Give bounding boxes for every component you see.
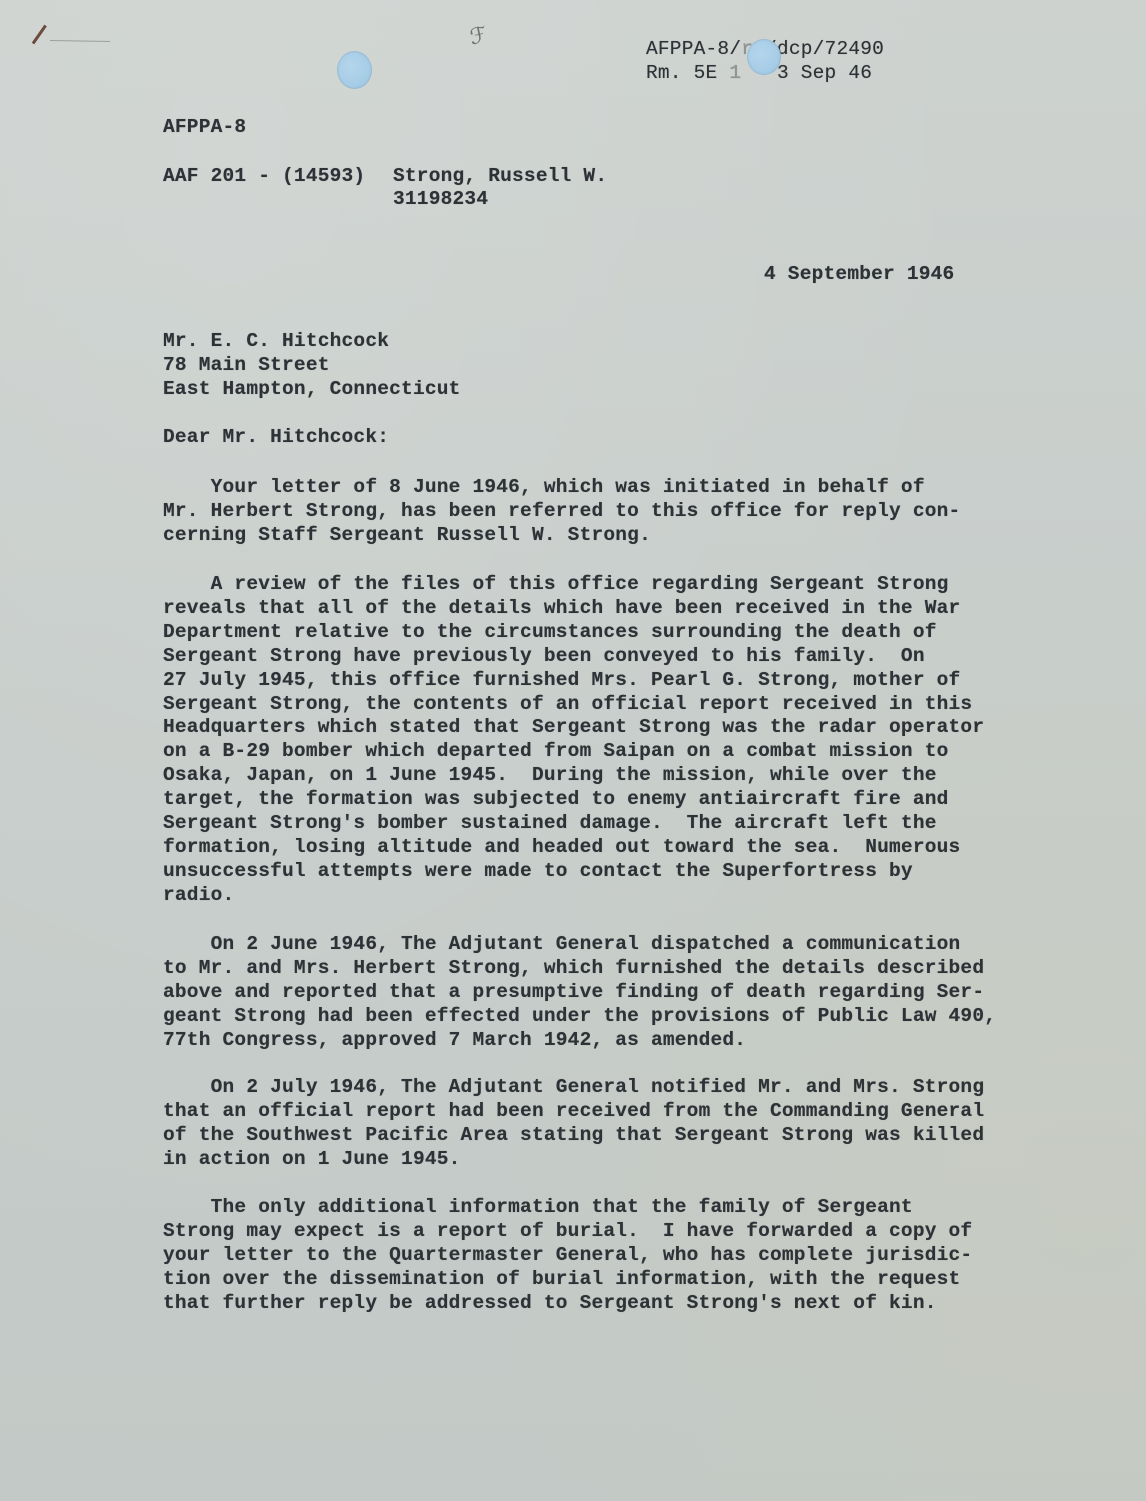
paragraph-line: A review of the files of this office reg… bbox=[163, 573, 949, 596]
paragraph-line: radio. bbox=[163, 884, 234, 907]
room-prefix: Rm. 5E bbox=[646, 62, 729, 84]
paragraph-line: above and reported that a presumptive fi… bbox=[163, 981, 984, 1004]
paragraph-line: target, the formation was subjected to e… bbox=[163, 788, 949, 811]
paragraph-line: On 2 June 1946, The Adjutant General dis… bbox=[163, 933, 960, 956]
paragraph-line: on a B-29 bomber which departed from Sai… bbox=[163, 740, 949, 763]
addressee-line: 78 Main Street bbox=[163, 354, 330, 377]
paragraph-line: unsuccessful attempts were made to conta… bbox=[163, 860, 913, 883]
paragraph-line: of the Southwest Pacific Area stating th… bbox=[163, 1124, 984, 1147]
paragraph-line: that further reply be addressed to Serge… bbox=[163, 1292, 937, 1315]
paragraph-line: Headquarters which stated that Sergeant … bbox=[163, 716, 984, 739]
paragraph-line: to Mr. and Mrs. Herbert Strong, which fu… bbox=[163, 957, 984, 980]
addressee-line: Mr. E. C. Hitchcock bbox=[163, 330, 389, 353]
paragraph-line: Strong may expect is a report of burial.… bbox=[163, 1220, 972, 1243]
salutation: Dear Mr. Hitchcock: bbox=[163, 426, 389, 449]
header-date: 3 Sep 46 bbox=[777, 62, 872, 84]
paragraph-line: Sergeant Strong, the contents of an offi… bbox=[163, 693, 972, 716]
paragraph-line: Sergeant Strong have previously been con… bbox=[163, 645, 925, 668]
paragraph-line: Your letter of 8 June 1946, which was in… bbox=[163, 476, 925, 499]
paragraph-line: formation, losing altitude and headed ou… bbox=[163, 836, 960, 859]
file-ref-prefix: AFPPA-8/ bbox=[646, 38, 741, 60]
subject-file-code: AAF 201 - (14593) bbox=[163, 165, 365, 188]
paragraph-line: geant Strong had been effected under the… bbox=[163, 1005, 996, 1028]
room-obscured: 1 bbox=[729, 62, 741, 84]
paragraph-line: Department relative to the circumstances… bbox=[163, 621, 937, 644]
paragraph-line: your letter to the Quartermaster General… bbox=[163, 1244, 972, 1267]
paragraph-line: 77th Congress, approved 7 March 1942, as… bbox=[163, 1029, 746, 1052]
punch-hole-left bbox=[337, 51, 372, 89]
office-symbol: AFPPA-8 bbox=[163, 116, 246, 139]
paragraph-line: The only additional information that the… bbox=[163, 1196, 913, 1219]
paragraph-line: On 2 July 1946, The Adjutant General not… bbox=[163, 1076, 984, 1099]
addressee-line: East Hampton, Connecticut bbox=[163, 378, 461, 401]
paragraph-line: Mr. Herbert Strong, has been referred to… bbox=[163, 500, 960, 523]
paragraph-line: Sergeant Strong's bomber sustained damag… bbox=[163, 812, 937, 835]
letter-date: 4 September 1946 bbox=[764, 263, 954, 286]
paragraph-line: in action on 1 June 1945. bbox=[163, 1148, 461, 1171]
paragraph-line: reveals that all of the details which ha… bbox=[163, 597, 960, 620]
paragraph-line: Osaka, Japan, on 1 June 1945. During the… bbox=[163, 764, 937, 787]
subject-serial-number: 31198234 bbox=[393, 188, 488, 211]
paragraph-line: cerning Staff Sergeant Russell W. Strong… bbox=[163, 524, 651, 547]
subject-name: Strong, Russell W. bbox=[393, 165, 607, 188]
paragraph-line: 27 July 1945, this office furnished Mrs.… bbox=[163, 669, 960, 692]
punch-hole-right bbox=[747, 39, 781, 75]
file-ref-suffix: /dcp/72490 bbox=[765, 38, 884, 60]
paragraph-line: that an official report had been receive… bbox=[163, 1100, 984, 1123]
paragraph-line: tion over the dissemination of burial in… bbox=[163, 1268, 960, 1291]
